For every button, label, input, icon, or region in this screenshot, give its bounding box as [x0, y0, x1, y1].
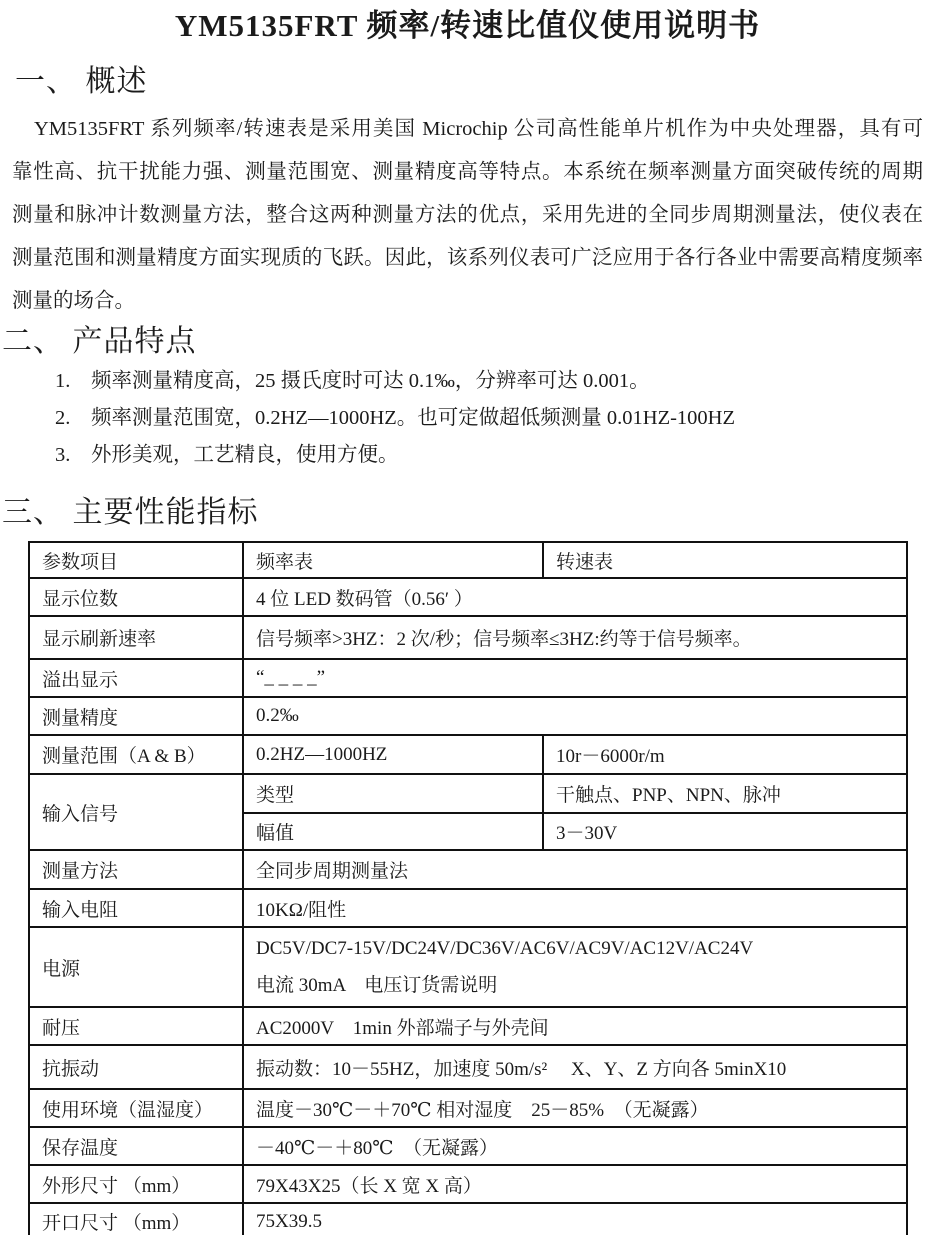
overview-paragraph: YM5135FRT 系列频率/转速表是采用美国 Microchip 公司高性能单…: [12, 108, 923, 323]
spec-label: 电源: [29, 927, 243, 1007]
spec-value: “_ _ _ _”: [243, 659, 907, 697]
manual-page: YM5135FRT 频率/转速比值仪使用说明书 一、 概述 YM5135FRT …: [0, 0, 935, 1235]
spec-value: 信号频率>3HZ：2 次/秒；信号频率≤3HZ:约等于信号频率。: [243, 616, 907, 659]
overview-line: 靠性高、抗干扰能力强、测量范围宽、测量精度高等特点。本系统在频率测量方面突破传统…: [12, 151, 923, 194]
section-1-heading: 一、 概述: [15, 64, 923, 100]
spec-value: DC5V/DC7-15V/DC24V/DC36V/AC6V/AC9V/AC12V…: [243, 927, 907, 1007]
feature-text: 频率测量范围宽，0.2HZ—1000HZ。也可定做超低频测量 0.01HZ-10…: [91, 400, 923, 437]
overview-line: YM5135FRT 系列频率/转速表是采用美国 Microchip 公司高性能单…: [12, 108, 923, 151]
spec-row-storage-temperature: 保存温度 －40℃－＋80℃ （无凝露）: [29, 1127, 907, 1165]
spec-value: 10KΩ/阻性: [243, 889, 907, 927]
spec-row-vibration: 抗振动 振动数：10－55HZ，加速度 50m/s² X、Y、Z 方向各 5mi…: [29, 1045, 907, 1089]
feature-item: 1. 频率测量精度高，25 摄氏度时可达 0.1‰，分辨率可达 0.001。: [55, 363, 923, 400]
spec-label: 耐压: [29, 1007, 243, 1045]
overview-line: 测量和脉冲计数测量方法，整合这两种测量方法的优点，采用先进的全同步周期测量法，使…: [12, 194, 923, 237]
spec-label: 开口尺寸 （mm）: [29, 1203, 243, 1235]
document-title: YM5135FRT 频率/转速比值仪使用说明书: [12, 6, 923, 46]
spec-value: －40℃－＋80℃ （无凝露）: [243, 1127, 907, 1165]
spec-value-frequency: 0.2HZ—1000HZ: [243, 735, 543, 774]
spec-value: 79X43X25（长 X 宽 X 高）: [243, 1165, 907, 1203]
header-speed-meter: 转速表: [543, 542, 907, 578]
spec-value: 4 位 LED 数码管（0.56′ ）: [243, 578, 907, 616]
spec-label: 外形尺寸 （mm）: [29, 1165, 243, 1203]
spec-label: 使用环境（温湿度）: [29, 1089, 243, 1127]
specs-table: 参数项目 频率表 转速表 显示位数 4 位 LED 数码管（0.56′ ） 显示…: [28, 541, 908, 1235]
spec-label: 保存温度: [29, 1127, 243, 1165]
spec-value: 3－30V: [543, 813, 907, 850]
feature-number: 2.: [55, 400, 91, 437]
spec-label: 测量范围（A & B）: [29, 735, 243, 774]
header-parameter: 参数项目: [29, 542, 243, 578]
spec-row-accuracy: 测量精度 0.2‰: [29, 697, 907, 735]
spec-label: 抗振动: [29, 1045, 243, 1089]
spec-value: 干触点、PNP、NPN、脉冲: [543, 774, 907, 813]
spec-row-cutout-dimensions: 开口尺寸 （mm） 75X39.5: [29, 1203, 907, 1235]
feature-item: 3. 外形美观，工艺精良，使用方便。: [55, 437, 923, 474]
overview-line: 测量的场合。: [12, 280, 923, 323]
spec-label: 输入电阻: [29, 889, 243, 927]
spec-label: 显示位数: [29, 578, 243, 616]
spec-label: 输入信号: [29, 774, 243, 850]
spec-row-display-digits: 显示位数 4 位 LED 数码管（0.56′ ）: [29, 578, 907, 616]
feature-list: 1. 频率测量精度高，25 摄氏度时可达 0.1‰，分辨率可达 0.001。 2…: [55, 363, 923, 474]
spec-label: 测量方法: [29, 850, 243, 889]
spec-value: 温度－30℃－＋70℃ 相对湿度 25－85% （无凝露）: [243, 1089, 907, 1127]
spec-row-input-signal-type: 输入信号 类型 干触点、PNP、NPN、脉冲: [29, 774, 907, 813]
feature-number: 3.: [55, 437, 91, 474]
spec-value: 0.2‰: [243, 697, 907, 735]
spec-label: 测量精度: [29, 697, 243, 735]
spec-value-speed: 10r－6000r/m: [543, 735, 907, 774]
header-frequency-meter: 频率表: [243, 542, 543, 578]
spec-value: AC2000V 1min 外部端子与外壳间: [243, 1007, 907, 1045]
spec-row-power-supply: 电源 DC5V/DC7-15V/DC24V/DC36V/AC6V/AC9V/AC…: [29, 927, 907, 1007]
feature-item: 2. 频率测量范围宽，0.2HZ—1000HZ。也可定做超低频测量 0.01HZ…: [55, 400, 923, 437]
spec-row-input-resistance: 输入电阻 10KΩ/阻性: [29, 889, 907, 927]
feature-text: 外形美观，工艺精良，使用方便。: [91, 437, 923, 474]
spec-row-operating-environment: 使用环境（温湿度） 温度－30℃－＋70℃ 相对湿度 25－85% （无凝露）: [29, 1089, 907, 1127]
spec-sublabel: 幅值: [243, 813, 543, 850]
spec-row-refresh-rate: 显示刷新速率 信号频率>3HZ：2 次/秒；信号频率≤3HZ:约等于信号频率。: [29, 616, 907, 659]
spec-label: 溢出显示: [29, 659, 243, 697]
spec-row-range: 测量范围（A & B） 0.2HZ—1000HZ 10r－6000r/m: [29, 735, 907, 774]
feature-number: 1.: [55, 363, 91, 400]
spec-value: 75X39.5: [243, 1203, 907, 1235]
spec-sublabel: 类型: [243, 774, 543, 813]
spec-row-withstand-voltage: 耐压 AC2000V 1min 外部端子与外壳间: [29, 1007, 907, 1045]
section-2-heading: 二、 产品特点: [2, 323, 923, 361]
spec-row-measure-method: 测量方法 全同步周期测量法: [29, 850, 907, 889]
spec-row-overflow-display: 溢出显示 “_ _ _ _”: [29, 659, 907, 697]
spec-label: 显示刷新速率: [29, 616, 243, 659]
spec-row-outer-dimensions: 外形尺寸 （mm） 79X43X25（长 X 宽 X 高）: [29, 1165, 907, 1203]
section-3-heading: 三、 主要性能指标: [2, 494, 923, 532]
spec-value: 全同步周期测量法: [243, 850, 907, 889]
spec-header-row: 参数项目 频率表 转速表: [29, 542, 907, 578]
overview-line: 测量范围和测量精度方面实现质的飞跃。因此，该系列仪表可广泛应用于各行各业中需要高…: [12, 237, 923, 280]
spec-value: 振动数：10－55HZ，加速度 50m/s² X、Y、Z 方向各 5minX10: [243, 1045, 907, 1089]
feature-text: 频率测量精度高，25 摄氏度时可达 0.1‰，分辨率可达 0.001。: [91, 363, 923, 400]
